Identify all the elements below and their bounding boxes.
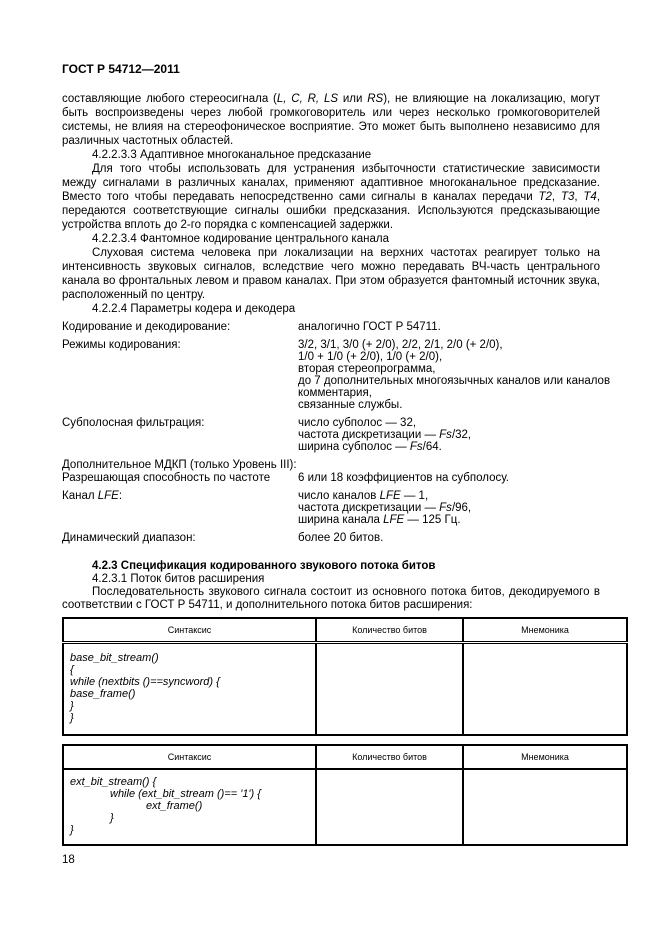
syntax-tables: СинтаксисКоличество битовМнемоникаbase_b… — [62, 617, 600, 846]
parameter-value-line: число субполос — 32, — [298, 417, 600, 429]
code-line: base_bit_stream() — [70, 652, 309, 664]
parameter-row: Субполосная фильтрация:число субполос — … — [62, 417, 600, 453]
code-line: } — [70, 700, 309, 712]
bitstream-section: 4.2.3 Спецификация кодированного звуково… — [62, 560, 600, 612]
parameter-row: Режимы кодирования:3/2, 3/1, 3/0 (+ 2/0)… — [62, 339, 600, 411]
paragraph-adaptive-prediction: Для того чтобы использовать для устранен… — [62, 162, 600, 232]
parameter-value-line: 1/0 + 1/0 (+ 2/0), 1/0 (+ 2/0), — [298, 351, 610, 363]
parameter-value: 6 или 18 коэффициентов на субполосу. — [298, 472, 600, 484]
parameter-row: Кодирование и декодирование:аналогично Г… — [62, 321, 600, 333]
syntax-code-cell: ext_bit_stream() {while (ext_bit_stream … — [63, 769, 316, 845]
parameter-label: Дополнительное МДКП (только Уровень III)… — [62, 459, 600, 471]
parameter-value-line: аналогично ГОСТ Р 54711. — [298, 321, 600, 333]
document-page: ГОСТ Р 54712—2011 составляющие любого ст… — [0, 0, 661, 935]
code-line: while (ext_bit_stream ()== '1') { — [70, 788, 309, 800]
table-row: ext_bit_stream() {while (ext_bit_stream … — [63, 769, 627, 845]
parameter-value-line: более 20 битов. — [298, 532, 600, 544]
parameter-label: Режимы кодирования: — [62, 339, 298, 411]
parameter-value-line: ширина канала LFE — 125 Гц. — [298, 514, 600, 526]
clause-heading-adaptive-prediction: 4.2.2.3.3 Адаптивное многоканальное пред… — [62, 148, 600, 162]
clause-heading-phantom-coding: 4.2.2.3.4 Фантомное кодирование централь… — [62, 232, 600, 246]
parameter-value-line: до 7 дополнительных многоязычных каналов… — [298, 375, 610, 387]
parameter-label: Кодирование и декодирование: — [62, 321, 298, 333]
page-content: ГОСТ Р 54712—2011 составляющие любого ст… — [62, 62, 600, 867]
code-line: ext_bit_stream() { — [70, 776, 309, 788]
column-header: Мнемоника — [463, 745, 627, 769]
column-header: Количество битов — [316, 618, 463, 643]
clause-heading-extension-stream: 4.2.3.1 Поток битов расширения — [62, 573, 600, 586]
code-line: base_frame() — [70, 688, 309, 700]
parameter-row: Разрешающая способность по частоте6 или … — [62, 472, 600, 484]
parameter-value: 3/2, 3/1, 3/0 (+ 2/0), 2/2, 2/1, 2/0 (+ … — [298, 339, 610, 411]
empty-cell — [463, 643, 627, 736]
parameter-value-line: ширина субполос — Fs/64. — [298, 441, 600, 453]
document-number: ГОСТ Р 54712—2011 — [62, 62, 600, 76]
empty-cell — [316, 769, 463, 845]
empty-cell — [316, 643, 463, 736]
code-line: } — [70, 812, 309, 824]
parameter-row: Динамический диапазон:более 20 битов. — [62, 532, 600, 544]
column-header: Синтаксис — [63, 618, 316, 643]
paragraph-stereo-components: составляющие любого стереосигнала (L, C,… — [62, 92, 600, 148]
syntax-table: СинтаксисКоличество битовМнемоникаbase_b… — [62, 617, 628, 736]
syntax-code-cell: base_bit_stream(){while (nextbits ()==sy… — [63, 643, 316, 736]
parameter-value: более 20 битов. — [298, 532, 600, 544]
parameter-value-line: частота дискретизации — Fs/32, — [298, 429, 600, 441]
paragraph-phantom-coding: Слуховая система человека при локализаци… — [62, 246, 600, 302]
parameter-value-line: частота дискретизации — Fs/96, — [298, 502, 600, 514]
column-header: Синтаксис — [63, 745, 316, 769]
parameter-label: Канал LFE: — [62, 490, 298, 526]
parameter-value: число субполос — 32,частота дискретизаци… — [298, 417, 600, 453]
parameter-value-line: связанные службы. — [298, 399, 610, 411]
parameter-row: Канал LFE:число каналов LFE — 1,частота … — [62, 490, 600, 526]
parameter-value-line: 3/2, 3/1, 3/0 (+ 2/0), 2/2, 2/1, 2/0 (+ … — [298, 339, 610, 351]
paragraph-extension-stream: Последовательность звукового сигнала сос… — [62, 586, 600, 612]
parameter-label: Динамический диапазон: — [62, 532, 298, 544]
body-text-section: составляющие любого стереосигнала (L, C,… — [62, 92, 600, 316]
parameter-label: Субполосная фильтрация: — [62, 417, 298, 453]
empty-cell — [463, 769, 627, 845]
parameter-list: Кодирование и декодирование:аналогично Г… — [62, 321, 600, 544]
code-line: { — [70, 664, 309, 676]
parameter-row: Дополнительное МДКП (только Уровень III)… — [62, 459, 600, 471]
code-line: } — [70, 712, 309, 724]
parameter-value-line: вторая стереопрограмма, — [298, 363, 610, 375]
column-header: Количество битов — [316, 745, 463, 769]
parameter-value: число каналов LFE — 1,частота дискретиза… — [298, 490, 600, 526]
page-number: 18 — [62, 854, 600, 867]
parameter-value-line: комментария, — [298, 387, 610, 399]
column-header: Мнемоника — [463, 618, 627, 643]
clause-heading-codec-parameters: 4.2.2.4 Параметры кодера и декодера — [62, 302, 600, 316]
code-line: while (nextbits ()==syncword) { — [70, 676, 309, 688]
clause-heading-bitstream-spec: 4.2.3 Спецификация кодированного звуково… — [62, 560, 600, 573]
parameter-label: Разрешающая способность по частоте — [62, 472, 298, 484]
table-row: base_bit_stream(){while (nextbits ()==sy… — [63, 643, 627, 736]
syntax-table: СинтаксисКоличество битовМнемоникаext_bi… — [62, 744, 628, 846]
parameter-value-line: 6 или 18 коэффициентов на субполосу. — [298, 472, 600, 484]
parameter-value-line: число каналов LFE — 1, — [298, 490, 600, 502]
parameter-value: аналогично ГОСТ Р 54711. — [298, 321, 600, 333]
code-line: } — [70, 824, 309, 836]
code-line: ext_frame() — [70, 800, 309, 812]
